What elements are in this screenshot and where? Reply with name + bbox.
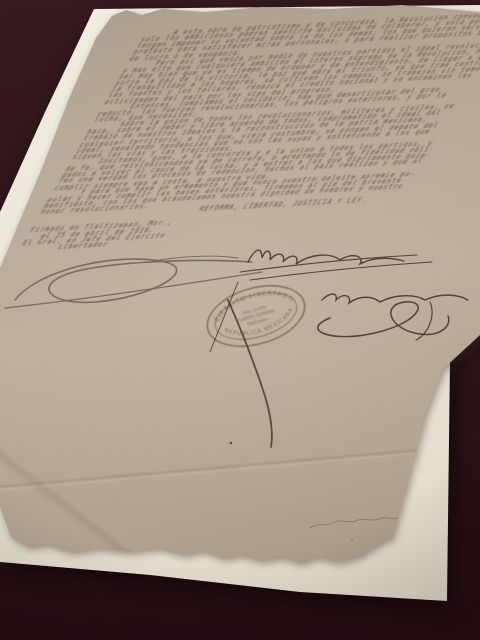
typed-text-block: A esta obra de patriotismo y de concordi…	[18, 5, 480, 252]
document-shadow: A esta obra de patriotismo y de concordi…	[0, 0, 480, 640]
document-paper: A esta obra de patriotismo y de concordi…	[0, 0, 480, 640]
rubber-stamp: EJERCITO LIBERTADOR REPUBLICA MEXICANA G…	[191, 271, 321, 361]
pencil-note	[310, 518, 398, 541]
paper-crease-corner	[0, 400, 204, 630]
photo-stage: A esta obra de patriotismo y de concordi…	[0, 0, 480, 640]
ink-signature-lower-right	[318, 294, 468, 340]
